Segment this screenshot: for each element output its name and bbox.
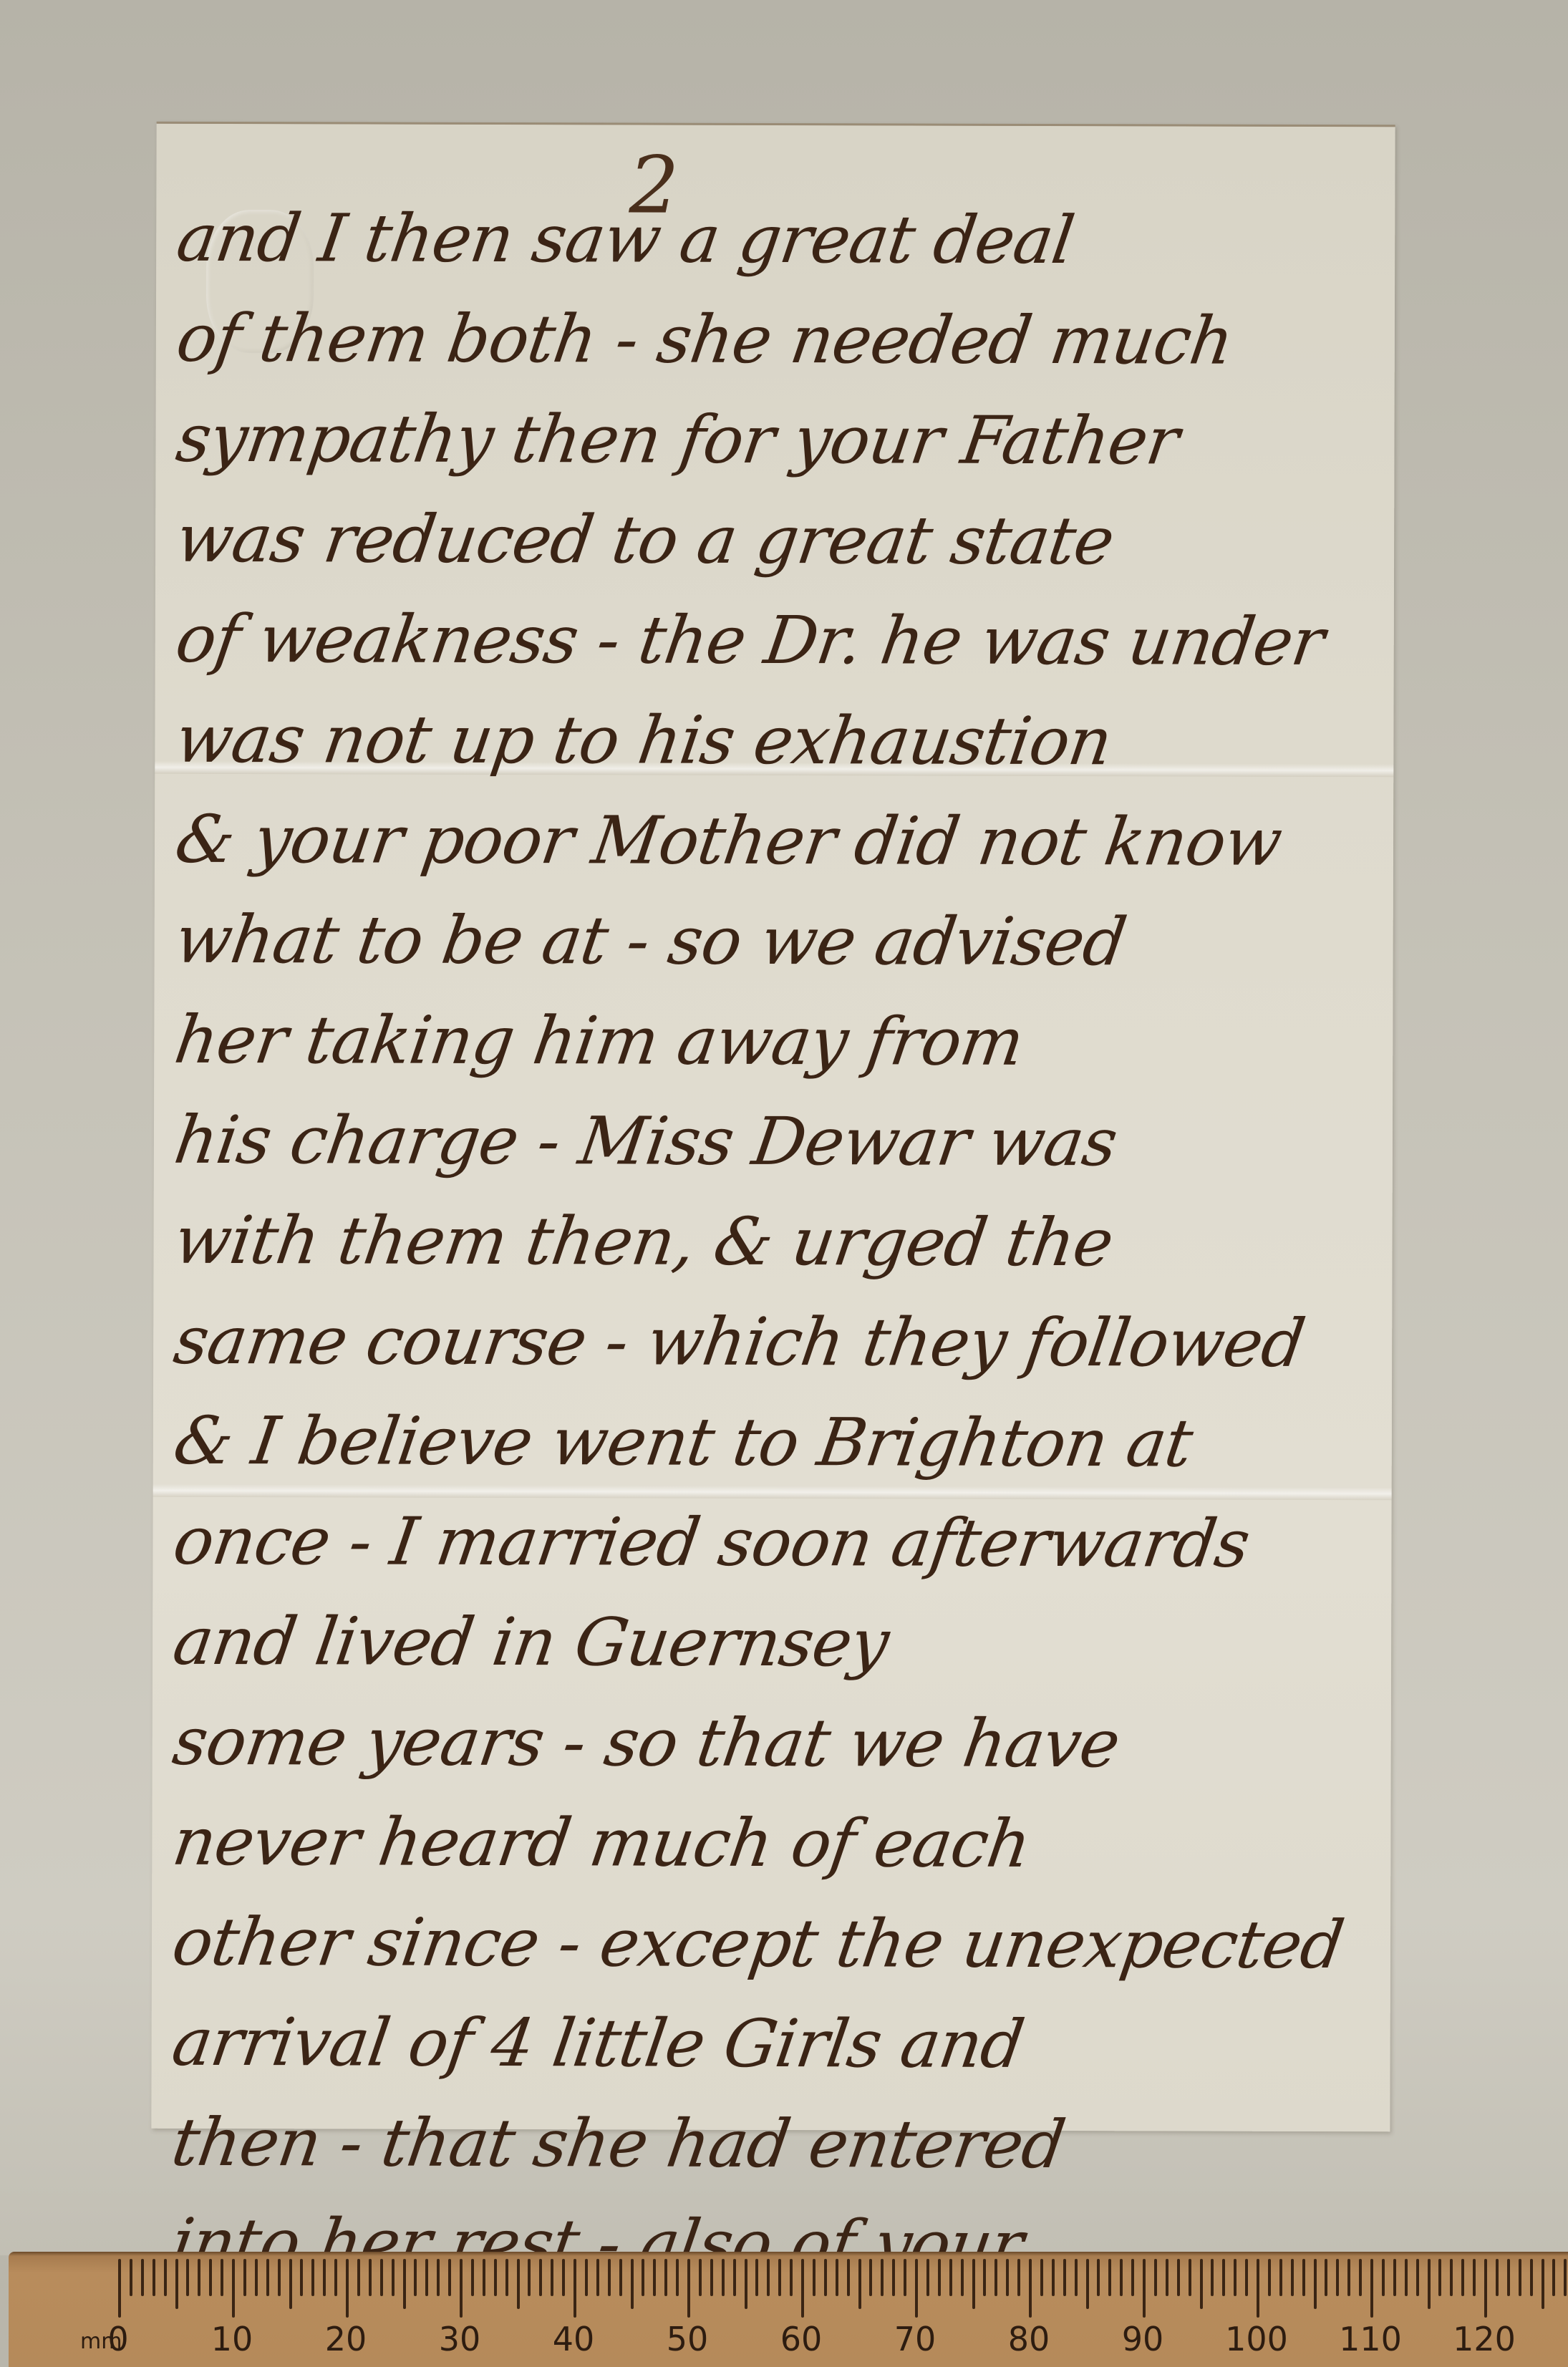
ruler-tick [767,2259,770,2296]
ruler-tick [369,2259,372,2296]
ruler-tick [1564,2259,1567,2296]
ruler-tick [278,2259,281,2296]
ruler-tick [1370,2259,1373,2318]
ruler-tick [881,2259,884,2296]
ruler-tick [755,2259,758,2296]
text-line: same course - which they followed [168,1291,1385,1394]
ruler-tick [1086,2259,1089,2309]
ruler-tick [1120,2259,1123,2296]
ruler-tick [471,2259,474,2296]
text-line: never heard much of each [166,1792,1383,1895]
ruler-tick [392,2259,395,2296]
ruler-tick [824,2259,827,2296]
ruler-tick [551,2259,553,2296]
ruler-tick [1154,2259,1157,2296]
ruler-tick [631,2259,634,2309]
ruler-tick [1347,2259,1350,2296]
text-line: arrival of 4 little Girls and [166,1993,1383,2096]
ruler-tick [1542,2259,1544,2309]
ruler-tick [1108,2259,1111,2296]
text-line: & I believe went to Brighton at [168,1391,1385,1494]
ruler-label: 60 [780,2320,823,2358]
ruler-tick [813,2259,816,2296]
ruler-tick [1166,2259,1168,2296]
ruler-tick [243,2259,246,2296]
ruler-tick [608,2259,611,2296]
ruler-tick [1393,2259,1396,2296]
ruler-tick [175,2259,178,2309]
ruler-tick [676,2259,679,2296]
ruler-tick [972,2259,975,2309]
ruler-tick [266,2259,269,2296]
ruler-tick [562,2259,565,2296]
ruler-ticks [9,2259,1568,2323]
ruler-tick [1473,2259,1476,2296]
ruler-tick [118,2259,121,2318]
ruler-tick [1029,2259,1032,2318]
ruler-tick [1017,2259,1020,2296]
text-line: sympathy then for your Father [170,389,1387,492]
letter-page: 2 and I then saw a great deal of them bo… [151,122,1395,2132]
ruler-tick [380,2259,383,2296]
ruler-tick [1143,2259,1146,2318]
ruler-tick [585,2259,588,2296]
ruler-tick [642,2259,644,2296]
ruler-tick [1359,2259,1362,2296]
ruler-tick [790,2259,793,2296]
text-line: her taking him away from [168,990,1385,1093]
ruler-tick [1075,2259,1078,2296]
ruler-tick [300,2259,303,2296]
ruler-tick [619,2259,622,2296]
text-line: of them both - she needed much [170,289,1388,392]
ruler-tick [926,2259,929,2296]
ruler-tick [596,2259,599,2296]
ruler-tick [494,2259,497,2296]
ruler-tick [1507,2259,1510,2296]
ruler-tick [1040,2259,1043,2296]
ruler-tick [1234,2259,1237,2296]
measurement-ruler: mm 0 10 20 30 40 50 60 70 80 90 100 110 … [9,2252,1568,2367]
ruler-tick [130,2259,132,2296]
ruler-tick [1450,2259,1453,2296]
ruler-tick [733,2259,736,2296]
ruler-tick [869,2259,872,2296]
ruler-tick [153,2259,155,2296]
ruler-tick [574,2259,576,2318]
ruler-tick [1314,2259,1317,2309]
ruler-tick [801,2259,804,2318]
ruler-tick [1428,2259,1431,2309]
ruler-tick [1257,2259,1259,2318]
text-line: what to be at - so we advised [169,890,1386,993]
ruler-tick [323,2259,326,2296]
ruler-tick [836,2259,838,2296]
ruler-label: 80 [1008,2320,1050,2358]
ruler-label: 40 [553,2320,595,2358]
ruler-label: 30 [439,2320,481,2358]
text-line: was not up to his exhaustion [169,689,1386,793]
ruler-tick [858,2259,861,2309]
ruler-tick [745,2259,747,2309]
ruler-tick [1245,2259,1248,2296]
ruler-tick [778,2259,781,2296]
handwritten-text-block: and I then saw a great deal of them both… [173,188,1381,2296]
ruler-tick [1519,2259,1521,2296]
text-line: and lived in Guernsey [167,1592,1384,1695]
ruler-tick [1405,2259,1408,2296]
ruler-tick [483,2259,485,2296]
ruler-tick [699,2259,702,2296]
ruler-tick [847,2259,850,2296]
ruler-tick [1461,2259,1464,2296]
ruler-tick [1325,2259,1327,2296]
ruler-tick [904,2259,906,2296]
ruler-label: 10 [211,2320,253,2358]
ruler-tick [915,2259,918,2318]
text-line: and I then saw a great deal [170,188,1388,291]
ruler-tick [141,2259,144,2296]
text-line: some years - so that we have [167,1692,1384,1795]
ruler-tick [1097,2259,1100,2296]
ruler-tick [528,2259,531,2296]
ruler-tick [1382,2259,1385,2296]
ruler-tick [357,2259,360,2296]
ruler-tick [1268,2259,1271,2296]
ruler-tick [232,2259,235,2318]
text-line: of weakness - the Dr. he was under [170,589,1387,692]
ruler-tick [198,2259,200,2296]
ruler-tick [1189,2259,1191,2296]
ruler-tick [539,2259,542,2296]
text-line: with them then, & urged the [168,1191,1385,1294]
ruler-tick [1006,2259,1009,2296]
ruler-tick [460,2259,463,2318]
ruler-tick [653,2259,656,2296]
ruler-tick [448,2259,451,2296]
ruler-tick [892,2259,895,2296]
ruler-tick [1530,2259,1533,2296]
ruler-label: 0 [107,2320,128,2358]
ruler-tick [311,2259,314,2296]
text-line: his charge - Miss Dewar was [168,1090,1385,1194]
ruler-label: 20 [325,2320,367,2358]
ruler-tick [1211,2259,1214,2296]
ruler-tick [255,2259,258,2296]
ruler-label: 120 [1453,2320,1516,2358]
ruler-tick [1496,2259,1499,2296]
text-line: then - that she had entered [165,2093,1383,2196]
ruler-tick [1052,2259,1055,2296]
ruler-tick [1131,2259,1134,2296]
ruler-tick [1063,2259,1066,2296]
ruler-tick [687,2259,690,2318]
ruler-tick [289,2259,292,2309]
ruler-tick [722,2259,725,2296]
ruler-tick [983,2259,986,2296]
ruler-tick [164,2259,167,2296]
ruler-tick [221,2259,223,2296]
ruler-tick [403,2259,406,2309]
ruler-tick [517,2259,520,2309]
ruler-tick [961,2259,964,2296]
ruler-tick [1438,2259,1441,2296]
ruler-tick [949,2259,952,2296]
ruler-tick [1302,2259,1305,2296]
ruler-tick [1291,2259,1294,2296]
ruler-tick [1222,2259,1225,2296]
ruler-tick [1177,2259,1180,2296]
text-line: once - I married soon afterwards [167,1491,1384,1594]
ruler-tick [186,2259,189,2296]
ruler-tick [414,2259,417,2296]
ruler-tick [346,2259,349,2318]
ruler-tick [710,2259,713,2296]
ruler-tick [505,2259,508,2296]
text-line: was reduced to a great state [170,489,1387,592]
ruler-label: 90 [1122,2320,1164,2358]
ruler-tick [334,2259,337,2296]
ruler-tick [1279,2259,1282,2296]
ruler-label: 50 [667,2320,709,2358]
ruler-tick [209,2259,212,2296]
ruler-tick [1200,2259,1203,2309]
ruler-tick [664,2259,667,2296]
ruler-tick [1336,2259,1339,2296]
ruler-label: 70 [894,2320,937,2358]
ruler-tick [425,2259,428,2296]
text-line: other since - except the unexpected [166,1892,1383,1995]
ruler-label: 100 [1225,2320,1288,2358]
text-line: & your poor Mother did not know [169,790,1386,893]
ruler-tick [1484,2259,1487,2318]
ruler-label: 110 [1339,2320,1402,2358]
ruler-tick [938,2259,941,2296]
ruler-tick [1552,2259,1555,2296]
ruler-tick [994,2259,997,2296]
ruler-tick [1416,2259,1419,2296]
ruler-tick [437,2259,440,2296]
